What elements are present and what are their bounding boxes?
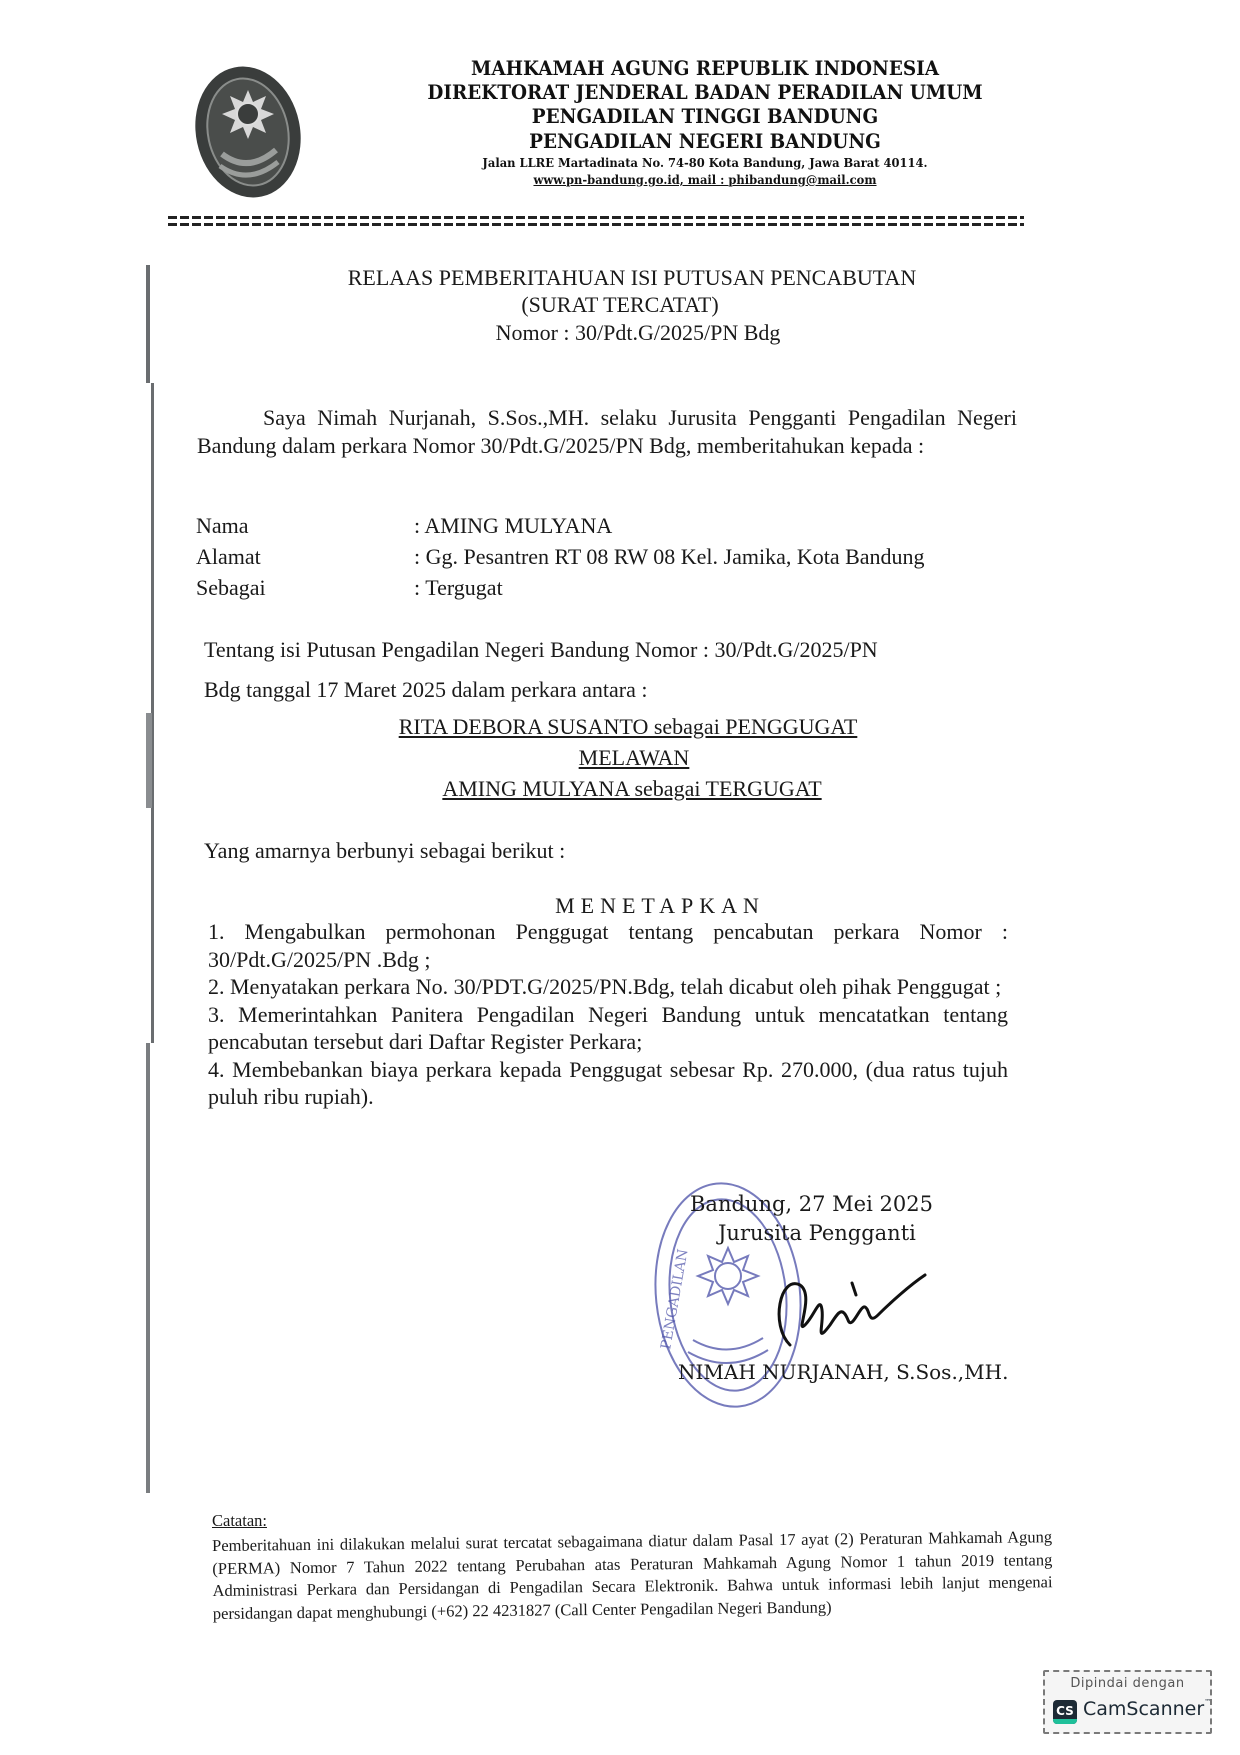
defendant-text: AMING MULYANA sebagai TERGUGAT xyxy=(442,776,821,801)
defendant-line: AMING MULYANA sebagai TERGUGAT xyxy=(0,775,1240,803)
letterhead-divider xyxy=(168,216,1024,226)
versus-text: MELAWAN xyxy=(579,745,690,770)
signer-name: NIMAH NURJANAH, S.Sos.,MH. xyxy=(678,1360,1008,1384)
letterhead-line-3: PENGADILAN TINGGI BANDUNG xyxy=(360,104,1050,129)
recipient-address-value: : Gg. Pesantren RT 08 RW 08 Kel. Jamika,… xyxy=(414,543,925,571)
intro-text: Saya Nimah Nurjanah, S.Sos.,MH. selaku J… xyxy=(197,405,1017,458)
watermark-brand-text: CamScanner xyxy=(1083,1698,1204,1720)
letterhead-web: www.pn-bandung.go.id, mail : phibandung@… xyxy=(360,172,1050,188)
versus-line: MELAWAN xyxy=(0,744,1240,772)
court-emblem-icon xyxy=(192,62,304,202)
recipient-address-label: Alamat xyxy=(196,543,261,571)
recipient-name-label: Nama xyxy=(196,512,249,540)
amar-item-2: 2. Menyatakan perkara No. 30/PDT.G/2025/… xyxy=(208,973,1008,1001)
trademark-symbol: ™ xyxy=(1204,1698,1211,1706)
intro-paragraph: Saya Nimah Nurjanah, S.Sos.,MH. selaku J… xyxy=(197,404,1017,460)
watermark-brand: CamScanner™ xyxy=(1083,1698,1211,1720)
letterhead-line-4: PENGADILAN NEGERI BANDUNG xyxy=(360,129,1050,154)
recipient-role-label: Sebagai xyxy=(196,574,266,602)
signature-block: Bandung, 27 Mei 2025 Jurusita Pengganti xyxy=(690,1190,1010,1248)
document-subtitle: (SURAT TERCATAT) xyxy=(0,291,1240,318)
letterhead-line-1: MAHKAMAH AGUNG REPUBLIK INDONESIA xyxy=(360,56,1050,80)
plaintiff-line: RITA DEBORA SUSANTO sebagai PENGGUGAT xyxy=(0,713,1240,741)
amar-item-1: 1. Mengabulkan permohonan Penggugat tent… xyxy=(208,918,1008,973)
sign-place-date: Bandung, 27 Mei 2025 xyxy=(690,1190,1010,1219)
recipient-name-value: : AMING MULYANA xyxy=(414,512,612,540)
sign-role: Jurusita Pengganti xyxy=(690,1219,1010,1248)
watermark-caption: Dipindai dengan xyxy=(1045,1676,1210,1691)
notes-body: Pemberitahuan ini dilakukan melalui sura… xyxy=(212,1526,1053,1625)
document-number: Nomor : 30/Pdt.G/2025/PN Bdg xyxy=(0,319,1240,346)
amar-item-4: 4. Membebankan biaya perkara kepada Peng… xyxy=(208,1056,1008,1111)
camscanner-watermark: Dipindai dengan CS CamScanner™ xyxy=(1043,1670,1212,1734)
handwritten-signature xyxy=(760,1265,935,1355)
letterhead-line-2: DIREKTORAT JENDERAL BADAN PERADILAN UMUM xyxy=(360,80,1050,104)
recipient-role-value: : Tergugat xyxy=(414,574,503,602)
decision-reference-line-2: Bdg tanggal 17 Maret 2025 dalam perkara … xyxy=(204,676,648,704)
camscanner-logo-icon: CS xyxy=(1053,1700,1077,1724)
amar-intro: Yang amarnya berbunyi sebagai berikut : xyxy=(204,838,565,864)
plaintiff-text: RITA DEBORA SUSANTO sebagai PENGGUGAT xyxy=(399,714,858,739)
menetapkan-heading: MENETAPKAN xyxy=(0,893,1240,919)
scan-edge-artifact xyxy=(146,1043,150,1493)
letterhead: MAHKAMAH AGUNG REPUBLIK INDONESIA DIREKT… xyxy=(330,56,1080,188)
letterhead-address: Jalan LLRE Martadinata No. 74-80 Kota Ba… xyxy=(360,154,1050,172)
notes-section: Catatan: Pemberitahuan ini dilakukan mel… xyxy=(212,1510,1052,1625)
decision-reference-line-1: Tentang isi Putusan Pengadilan Negeri Ba… xyxy=(204,636,1024,664)
document-title: RELAAS PEMBERITAHUAN ISI PUTUSAN PENCABU… xyxy=(0,264,1240,291)
court-emblem-logo xyxy=(192,62,304,202)
amar-item-3: 3. Memerintahkan Panitera Pengadilan Neg… xyxy=(208,1001,1008,1056)
svg-text:PENGADILAN: PENGADILAN xyxy=(658,1248,691,1351)
signature-icon xyxy=(760,1265,935,1355)
amar-list: 1. Mengabulkan permohonan Penggugat tent… xyxy=(208,918,1008,1111)
